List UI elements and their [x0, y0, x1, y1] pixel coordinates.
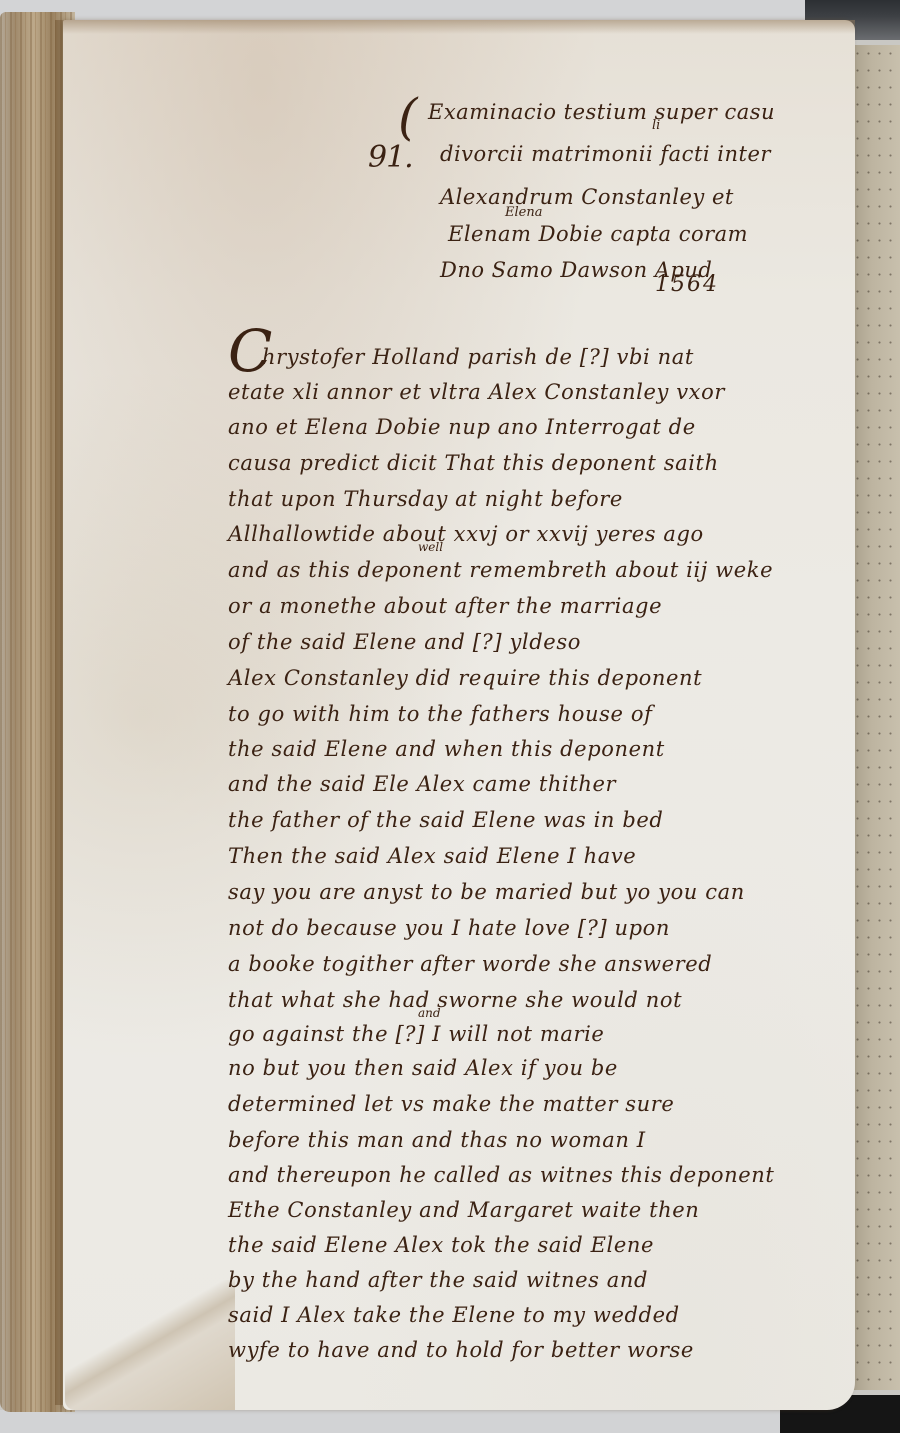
body-line-29: wyfe to have and to hold for better wors… — [228, 1338, 694, 1362]
heading-line-2: divorcii matrimonii facti inter — [440, 142, 771, 166]
body-line-21: no but you then said Alex if you be — [228, 1056, 618, 1080]
body-line-27: by the hand after the said witnes and — [228, 1268, 648, 1292]
body-line-25: Ethe Constanley and Margaret waite then — [228, 1198, 699, 1222]
body-line-26: the said Elene Alex tok the said Elene — [228, 1233, 654, 1257]
heading-year: 1564 — [655, 272, 719, 297]
body-line-17: not do because you I hate love [?] upon — [228, 916, 670, 940]
background-top — [0, 0, 900, 20]
body-line-19: that what she had sworne she would not — [228, 988, 682, 1012]
body-line-1: hrystofer Holland parish de [?] vbi nat — [262, 345, 694, 369]
body-line-28: said I Alex take the Elene to my wedded — [228, 1303, 680, 1327]
body-line-13: and the said Ele Alex came thither — [228, 772, 616, 796]
body-line-22: determined let vs make the matter sure — [228, 1092, 674, 1116]
body-line-24: and thereupon he called as witnes this d… — [228, 1163, 774, 1187]
body-line-14: the father of the said Elene was in bed — [228, 808, 663, 832]
heading-line-4: Elenam Dobie capta coram — [448, 222, 748, 246]
body-line-18: a booke togither after worde she answere… — [228, 952, 712, 976]
body-line-7: and as this deponent remembreth about ii… — [228, 558, 773, 582]
body-line-5: that upon Thursday at night before — [228, 487, 623, 511]
adjacent-page-edge — [852, 45, 900, 1390]
heading-line-3: Alexandrum Constanley et — [440, 185, 734, 209]
heading-interlinear-1: li — [652, 118, 660, 133]
body-line-12: the said Elene and when this deponent — [228, 737, 665, 761]
body-line-10: Alex Constanley did require this deponen… — [228, 666, 702, 690]
body-line-20: go against the [?] I will not marie — [228, 1022, 604, 1046]
page-stain — [63, 20, 855, 34]
body-line-11: to go with him to the fathers house of — [228, 702, 652, 726]
background-bottom — [0, 1410, 900, 1433]
heading-line-1: Examinacio testium super casu — [428, 100, 775, 124]
body-interlinear-and: and — [418, 1006, 441, 1020]
folded-corner — [65, 1280, 235, 1410]
heading-initial-flourish: ( — [398, 92, 418, 142]
body-line-23: before this man and thas no woman I — [228, 1128, 646, 1152]
body-line-4: causa predict dicit That this deponent s… — [228, 451, 719, 475]
heading-interlinear-2: Elena — [505, 205, 542, 220]
body-line-6: Allhallowtide about xxvj or xxvij yeres … — [228, 522, 704, 546]
body-line-16: say you are anyst to be maried but yo yo… — [228, 880, 745, 904]
body-line-2: etate xli annor et vltra Alex Constanley… — [228, 380, 725, 404]
body-line-3: ano et Elena Dobie nup ano Interrogat de — [228, 415, 696, 439]
body-interlinear-well: well — [418, 540, 443, 554]
body-line-9: of the said Elene and [?] yldeso — [228, 630, 581, 654]
body-line-8: or a monethe about after the marriage — [228, 594, 662, 618]
body-line-15: Then the said Alex said Elene I have — [228, 844, 636, 868]
